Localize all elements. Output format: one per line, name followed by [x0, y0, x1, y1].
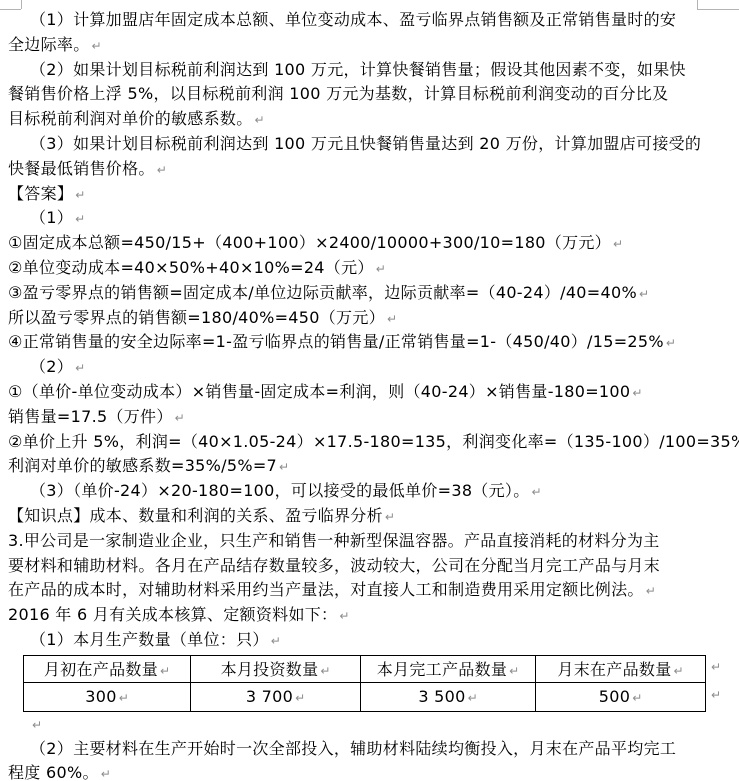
line-text: 【知识点】成本、数量和利润的关系、盈亏临界分析	[8, 506, 383, 525]
paragraph-mark-icon: ↵	[92, 39, 102, 53]
paragraph-mark-icon: ↵	[509, 664, 519, 678]
paragraph-mark-icon: ↵	[279, 460, 289, 474]
text-line: 在产品的成本时，对辅助材料采用约当产量法，对直接人工和制造费用采用定额比例法。↵	[8, 578, 739, 603]
paragraph-mark-icon: ↵	[385, 510, 395, 524]
text-line: ④正常销售量的安全边际率=1-盈亏临界点的销售量/正常销售量=1-（450/40…	[8, 330, 739, 355]
text-line: 3.甲公司是一家制造业企业，只生产和销售一种新型保温容器。产品直接消耗的材料分为…	[8, 529, 739, 554]
text-line: （1）↵	[8, 206, 739, 231]
text-line: ③盈亏零界点的销售额=固定成本/单位边际贡献率，边际贡献率=（40-24）/40…	[8, 281, 739, 306]
line-text: ①（单价-单位变动成本）×销售量-固定成本=利润，则（40-24）×销售量-18…	[8, 382, 630, 401]
line-text: （2）	[30, 357, 73, 376]
table-header-cell: 月初在产品数量↵	[24, 655, 191, 682]
text-line: 全边际率。↵	[8, 33, 739, 58]
paragraph-mark-icon: ↵	[632, 386, 642, 400]
text-line: 2016 年 6 月有关成本核算、定额资料如下：↵	[8, 603, 739, 628]
table-header-cell: 本月完工产品数量↵	[361, 655, 536, 682]
line-text: （2）如果计划目标税前利润达到 100 万元，计算快餐销售量；假设其他因素不变，…	[30, 60, 686, 79]
text-line: （3）（单价-24）×20-180=100，可以接受的最低单价=38（元）。↵	[8, 479, 739, 504]
text-line: 程度 60%。↵	[8, 761, 739, 781]
line-text: 全边际率。	[8, 35, 90, 54]
header-text: 本月投资数量	[221, 660, 319, 679]
paragraph-mark-icon: ↵	[101, 767, 111, 781]
paragraph-mark-icon: ↵	[387, 312, 397, 326]
table-header-row: 月初在产品数量↵ 本月投资数量↵ 本月完工产品数量↵ 月末在产品数量↵	[24, 655, 706, 682]
line-text: （2）主要材料在生产开始时一次全部投入，辅助材料陆续均衡投入，月末在产品平均完工	[30, 739, 676, 758]
line-text: 销售量=17.5（万件）	[8, 407, 173, 426]
text-line: （3）如果计划目标税前利润达到 100 万元且快餐销售量达到 20 万份，计算加…	[8, 132, 739, 157]
paragraph-mark-icon: ↵	[271, 634, 281, 648]
knowledge-point-line: 【知识点】成本、数量和利润的关系、盈亏临界分析↵	[8, 504, 739, 529]
line-text: 快餐最低销售价格。	[8, 159, 155, 178]
line-text: 程度 60%。	[8, 763, 99, 781]
cell-text: 3 700	[246, 687, 293, 706]
paragraph-mark-icon: ↵	[468, 691, 478, 705]
production-quantity-table: 月初在产品数量↵ 本月投资数量↵ 本月完工产品数量↵ 月末在产品数量↵ 300↵…	[23, 655, 706, 712]
text-line: 销售量=17.5（万件）↵	[8, 405, 739, 430]
production-quantity-table-wrapper: 月初在产品数量↵ 本月投资数量↵ 本月完工产品数量↵ 月末在产品数量↵ 300↵…	[23, 655, 705, 712]
line-text: 3.甲公司是一家制造业企业，只生产和销售一种新型保温容器。产品直接消耗的材料分为…	[8, 531, 660, 550]
line-text: ①固定成本总额=450/15+（400+100）×2400/10000+300/…	[8, 233, 611, 252]
paragraph-mark-icon: ↵	[320, 664, 330, 678]
line-text: （1）计算加盟店年固定成本总额、单位变动成本、盈亏临界点销售额及正常销售量时的安	[30, 10, 676, 29]
text-line: 要材料和辅助材料。各月在产品结存数量较多，波动较大，公司在分配当月完工产品与月末	[8, 554, 739, 579]
line-text: 餐销售价格上浮 5%，以目标税前利润 100 万元为基数，计算目标税前利润变动的…	[8, 84, 668, 103]
line-text: 要材料和辅助材料。各月在产品结存数量较多，波动较大，公司在分配当月完工产品与月末	[8, 556, 660, 575]
paragraph-mark-icon: ↵	[75, 361, 85, 375]
table-cell: 3 500↵	[361, 682, 536, 711]
text-line: ②单位变动成本=40×50%+40×10%=24（元）↵	[8, 256, 739, 281]
table-cell: 300↵	[24, 682, 191, 711]
line-text: （3）（单价-24）×20-180=100，可以接受的最低单价=38（元）。	[30, 481, 530, 500]
header-text: 本月完工产品数量	[377, 660, 507, 679]
paragraph-mark-icon: ↵	[711, 660, 721, 674]
empty-paragraph-line: ↵	[8, 712, 739, 737]
paragraph-mark-icon: ↵	[646, 584, 656, 598]
text-line: 所以盈亏零界点的销售额=180/40%=450（万元）↵	[8, 306, 739, 331]
paragraph-mark-icon: ↵	[532, 485, 542, 499]
paragraph-mark-icon: ↵	[674, 664, 684, 678]
header-text: 月初在产品数量	[44, 660, 158, 679]
paragraph-mark-icon: ↵	[639, 287, 649, 301]
line-text: （1）	[30, 208, 73, 227]
text-line: （1）本月生产数量（单位：只）↵	[8, 628, 739, 653]
paragraph-mark-icon: ↵	[613, 237, 623, 251]
text-line: ①（单价-单位变动成本）×销售量-固定成本=利润，则（40-24）×销售量-18…	[8, 380, 739, 405]
text-line: （2）主要材料在生产开始时一次全部投入，辅助材料陆续均衡投入，月末在产品平均完工	[8, 737, 739, 762]
text-line: 利润对单价的敏感系数=35%/5%=7↵	[8, 454, 739, 479]
line-text: 2016 年 6 月有关成本核算、定额资料如下：	[8, 605, 337, 624]
table-header-cell: 本月投资数量↵	[191, 655, 361, 682]
paragraph-mark-icon: ↵	[295, 691, 305, 705]
paragraph-mark-icon: ↵	[376, 262, 386, 276]
paragraph-mark-icon: ↵	[339, 609, 349, 623]
text-line: （1）计算加盟店年固定成本总额、单位变动成本、盈亏临界点销售额及正常销售量时的安	[8, 8, 739, 33]
cell-text: 3 500	[418, 687, 465, 706]
line-text: （3）如果计划目标税前利润达到 100 万元且快餐销售量达到 20 万份，计算加…	[30, 134, 701, 153]
table-cell: 500↵	[536, 682, 706, 711]
line-text: 【答案】	[8, 184, 73, 203]
cell-text: 500	[599, 687, 630, 706]
line-text: ②单价上升 5%，利润=（40×1.05-24）×17.5-180=135，利润…	[8, 432, 739, 451]
text-line: ①固定成本总额=450/15+（400+100）×2400/10000+300/…	[8, 231, 739, 256]
line-text: 目标税前利润对单价的敏感系数。	[8, 109, 253, 128]
table-header-cell: 月末在产品数量↵	[536, 655, 706, 682]
header-text: 月末在产品数量	[557, 660, 671, 679]
line-text: 在产品的成本时，对辅助材料采用约当产量法，对直接人工和制造费用采用定额比例法。	[8, 580, 644, 599]
paragraph-mark-icon: ↵	[160, 664, 170, 678]
paragraph-mark-icon: ↵	[255, 113, 265, 127]
paragraph-mark-icon: ↵	[75, 188, 85, 202]
line-text: 所以盈亏零界点的销售额=180/40%=450（万元）	[8, 308, 385, 327]
text-line: 餐销售价格上浮 5%，以目标税前利润 100 万元为基数，计算目标税前利润变动的…	[8, 82, 739, 107]
paragraph-mark-icon: ↵	[632, 691, 642, 705]
text-line: 快餐最低销售价格。↵	[8, 157, 739, 182]
answer-label-line: 【答案】↵	[8, 182, 739, 207]
text-line: 目标税前利润对单价的敏感系数。↵	[8, 107, 739, 132]
paragraph-mark-icon: ↵	[119, 691, 129, 705]
line-text: 利润对单价的敏感系数=35%/5%=7	[8, 456, 277, 475]
table-cell: 3 700↵	[191, 682, 361, 711]
line-text: ④正常销售量的安全边际率=1-盈亏临界点的销售量/正常销售量=1-（450/40…	[8, 332, 664, 351]
paragraph-mark-icon: ↵	[666, 336, 676, 350]
paragraph-mark-icon: ↵	[175, 411, 185, 425]
text-line: ②单价上升 5%，利润=（40×1.05-24）×17.5-180=135，利润…	[8, 430, 739, 455]
text-line: （2）如果计划目标税前利润达到 100 万元，计算快餐销售量；假设其他因素不变，…	[8, 58, 739, 83]
paragraph-mark-icon: ↵	[157, 163, 167, 177]
line-text: （1）本月生产数量（单位：只）	[30, 630, 269, 649]
line-text: ②单位变动成本=40×50%+40×10%=24（元）	[8, 258, 374, 277]
paragraph-mark-icon: ↵	[711, 688, 721, 702]
cell-text: 300	[85, 687, 116, 706]
table-row: 300↵ 3 700↵ 3 500↵ 500↵	[24, 682, 706, 711]
paragraph-mark-icon: ↵	[75, 212, 85, 226]
line-text: ③盈亏零界点的销售额=固定成本/单位边际贡献率，边际贡献率=（40-24）/40…	[8, 283, 637, 302]
document-page: （1）计算加盟店年固定成本总额、单位变动成本、盈亏临界点销售额及正常销售量时的安…	[0, 0, 739, 781]
text-line: （2）↵	[8, 355, 739, 380]
paragraph-mark-icon: ↵	[32, 718, 42, 732]
